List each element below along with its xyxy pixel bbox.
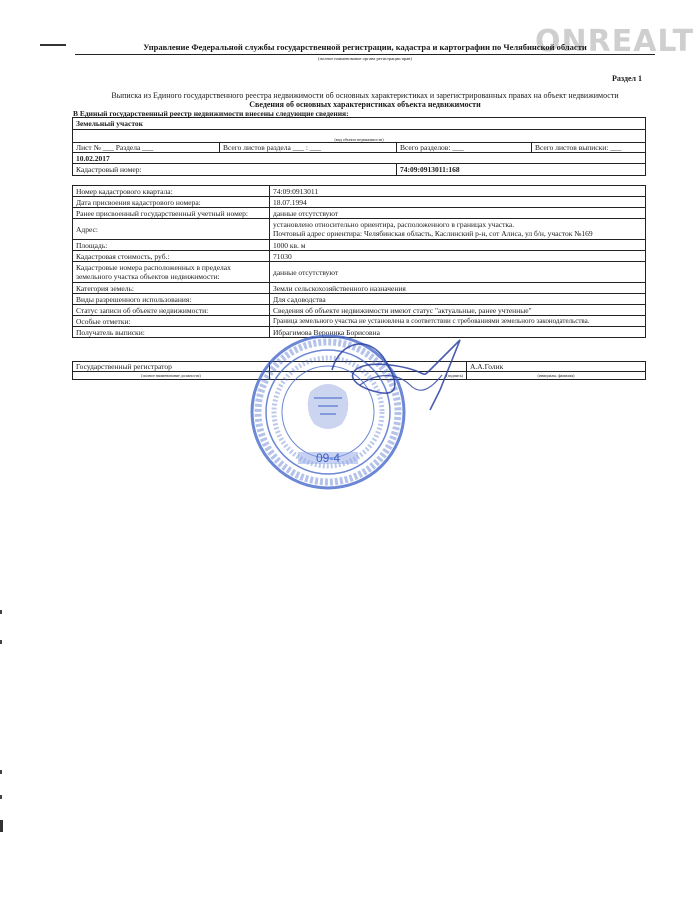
table-row: Ранее присвоенный государственный учетны… <box>73 208 646 219</box>
address-line-1: установлено относительно ориентира, расп… <box>273 220 642 229</box>
total-sections-cell: Всего разделов: ___ <box>397 143 532 153</box>
field-value: 1000 кв. м <box>270 240 646 251</box>
table-row: Статус записи об объекте недвижимости:Св… <box>73 305 646 316</box>
authority-caption: (полное наименование органа регистрации … <box>75 56 655 61</box>
document-subtitle: Сведения об основных характеристиках объ… <box>70 100 660 109</box>
document-title: Выписка из Единого государственного реес… <box>70 91 660 100</box>
table-row: Особые отметки:Граница земельного участк… <box>73 316 646 327</box>
field-label: Ранее присвоенный государственный учетны… <box>73 208 270 219</box>
table-row: Кадастровые номера расположенных в преде… <box>73 262 646 283</box>
section-of-label: Раздела <box>116 143 141 152</box>
section-sheets-value: : <box>306 143 308 152</box>
field-value: Сведения об объекте недвижимости имеют с… <box>270 305 646 316</box>
field-label: Особые отметки: <box>73 316 270 327</box>
extract-date: 10.02.2017 <box>73 153 646 164</box>
field-label: Кадастровая стоимость, руб.: <box>73 251 270 262</box>
position-caption: (полное наименование должности) <box>73 372 270 380</box>
object-type: Земельный участок <box>73 118 646 130</box>
total-sheets-label: Всего листов выписки: <box>535 143 608 152</box>
field-value: Земли сельскохозяйственного назначения <box>270 283 646 294</box>
section-label: Раздел 1 <box>612 74 642 83</box>
scan-mark <box>40 44 66 46</box>
table-row: Площадь:1000 кв. м <box>73 240 646 251</box>
table-row: Категория земель:Земли сельскохозяйствен… <box>73 283 646 294</box>
field-label: Адрес: <box>73 219 270 240</box>
field-value: установлено относительно ориентира, расп… <box>270 219 646 240</box>
cadastral-number-label: Кадастровый номер: <box>73 164 397 176</box>
signature-icon <box>330 330 480 420</box>
table-row: Адрес: установлено относительно ориентир… <box>73 219 646 240</box>
field-label: Статус записи об объекте недвижимости: <box>73 305 270 316</box>
registrar-position: Государственный регистратор <box>73 362 270 372</box>
object-type-caption: (вид объекта недвижимости) <box>73 130 646 143</box>
table-row: Виды разрешенного использования:Для садо… <box>73 294 646 305</box>
cadastral-number: 74:09:0913011:168 <box>397 164 646 176</box>
field-label: Виды разрешенного использования: <box>73 294 270 305</box>
field-label: Кадастровые номера расположенных в преде… <box>73 262 270 283</box>
section-sheets-label: Всего листов раздела <box>223 143 291 152</box>
section-sheets-cell: Всего листов раздела ___ : ___ <box>220 143 397 153</box>
field-value: данные отсутствуют <box>270 208 646 219</box>
field-label: Получатель выписки: <box>73 327 270 338</box>
field-label: Площадь: <box>73 240 270 251</box>
scan-artifacts <box>0 580 10 840</box>
field-value: Для садоводства <box>270 294 646 305</box>
sheet-number-cell: Лист № ___ Раздела ___ <box>73 143 220 153</box>
table-row: Дата присвоения кадастрового номера:18.0… <box>73 197 646 208</box>
field-value: 74:09:0913011 <box>270 186 646 197</box>
field-value: данные отсутствуют <box>270 262 646 283</box>
table-row: Кадастровая стоимость, руб.:71030 <box>73 251 646 262</box>
registrar-name: А.А.Голик <box>467 362 646 372</box>
authority-name: Управление Федеральной службы государств… <box>75 42 655 52</box>
seal-code: 09-4 <box>316 451 340 465</box>
field-label: Категория земель: <box>73 283 270 294</box>
address-line-2: Почтовый адрес ориентира: Челябинская об… <box>273 229 642 238</box>
field-value: Граница земельного участка не установлен… <box>270 316 646 327</box>
total-sections-label: Всего разделов: <box>400 143 450 152</box>
sheet-number-label: Лист № <box>76 143 101 152</box>
total-sheets-cell: Всего листов выписки: ___ <box>532 143 646 153</box>
field-label: Номер кадастрового квартала: <box>73 186 270 197</box>
authority-underline <box>75 54 655 55</box>
object-header-table: Земельный участок (вид объекта недвижимо… <box>72 117 646 176</box>
table-row: Номер кадастрового квартала:74:09:091301… <box>73 186 646 197</box>
field-value: 18.07.1994 <box>270 197 646 208</box>
field-label: Дата присвоения кадастрового номера: <box>73 197 270 208</box>
name-caption: (инициалы, фамилия) <box>467 372 646 380</box>
field-value: 71030 <box>270 251 646 262</box>
characteristics-table: Номер кадастрового квартала:74:09:091301… <box>72 185 646 338</box>
